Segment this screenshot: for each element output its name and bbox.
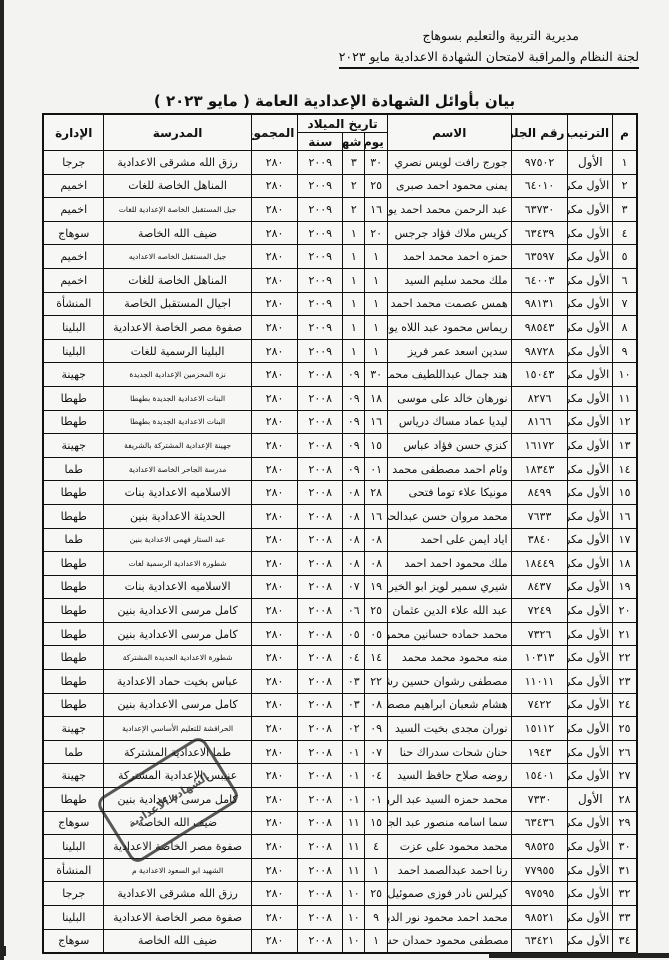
birth-day-cell: ١ <box>365 929 387 953</box>
student-name-cell: كريس ملاك فؤاد جرجس <box>387 221 511 245</box>
birth-year-cell: ٢٠٠٨ <box>298 363 343 387</box>
birth-year-cell: ٢٠٠٩ <box>298 316 343 340</box>
birth-year-cell: ٢٠٠٨ <box>298 575 343 599</box>
administration-cell: اخميم <box>43 268 104 292</box>
student-name-cell: كنزي حسن فؤاد عباس <box>387 434 511 458</box>
seat-number-cell: ١٥٠٤٣ <box>511 363 568 387</box>
birth-year-cell: ٢٠٠٨ <box>298 788 343 812</box>
school-cell: كامل مرسى الاعدادية بنين <box>104 693 251 717</box>
row-number: ١٩ <box>613 575 637 599</box>
administration-cell: طهطا <box>43 788 104 812</box>
birth-month-cell: ٠٩ <box>343 386 365 410</box>
birth-month-cell: ٣ <box>343 151 365 175</box>
total-score-cell: ٢٨٠ <box>251 339 298 363</box>
birth-month-cell: ٠٩ <box>343 434 365 458</box>
administration-cell: البلينا <box>43 316 104 340</box>
seat-number-cell: ٦٣٥٩٧ <box>511 245 568 269</box>
row-number: ٢٧ <box>613 764 637 788</box>
birth-year-cell: ٢٠٠٨ <box>298 693 343 717</box>
school-cell: صفوة مصر الخاصة الاعدادية <box>104 906 251 930</box>
birth-year-cell: ٢٠٠٩ <box>298 268 343 292</box>
birth-day-cell: ١ <box>365 292 387 316</box>
birth-month-cell: ٠٨ <box>343 504 365 528</box>
col-header-name: الاسم <box>387 114 511 151</box>
school-cell: شطورة الاعدادية الجديدة المشتركة <box>104 646 251 670</box>
col-header-admin: الإدارة <box>43 114 104 151</box>
birth-year-cell: ٢٠٠٨ <box>298 434 343 458</box>
total-score-cell: ٢٨٠ <box>251 386 298 410</box>
administration-cell: طهطا <box>43 504 104 528</box>
scan-edge-corner <box>0 946 6 956</box>
row-number: ١١ <box>613 386 637 410</box>
rank-cell: الأول مكرر <box>568 268 613 292</box>
birth-year-cell: ٢٠٠٩ <box>298 221 343 245</box>
student-name-cell: حمزه احمد محمد احمد <box>387 245 511 269</box>
student-name-cell: محمد حمزه السيد عبد الرؤوف <box>387 788 511 812</box>
table-row: ١٦الأول مكرر٧٦٣٣محمد مروان حسن عبدالحي١٦… <box>43 504 637 528</box>
row-number: ٣٢ <box>613 882 637 906</box>
rank-cell: الأول مكرر <box>568 740 613 764</box>
rank-cell: الأول مكرر <box>568 646 613 670</box>
school-cell: جهينة الإعدادية المشتركة بالشريفة <box>104 434 251 458</box>
birth-year-cell: ٢٠٠٨ <box>298 457 343 481</box>
row-number: ٣٤ <box>613 929 637 953</box>
birth-year-cell: ٢٠٠٨ <box>298 740 343 764</box>
school-cell: البنات الاعدادية الجديدة بطهطا <box>104 386 251 410</box>
row-number: ١٦ <box>613 504 637 528</box>
student-name-cell: شيري سمير لويز ابو الخير <box>387 575 511 599</box>
student-name-cell: نورهان خالد على موسى <box>387 386 511 410</box>
table-row: ٣٤الأول مكرر٦٣٤٢١مصطفى محمود حمدان حسين١… <box>43 929 637 953</box>
school-cell: مدرسة الجاحر الخاصة الاعدادية <box>104 457 251 481</box>
seat-number-cell: ٩٨٧٢٨ <box>511 339 568 363</box>
birth-year-cell: ٢٠٠٨ <box>298 646 343 670</box>
school-cell: كامل مرسى الاعدادية بنين <box>104 599 251 623</box>
birth-year-cell: ٢٠٠٨ <box>298 481 343 505</box>
birth-day-cell: ١ <box>365 268 387 292</box>
col-header-rank: الترتيب <box>568 114 613 151</box>
total-score-cell: ٢٨٠ <box>251 929 298 953</box>
rank-cell: الأول مكرر <box>568 575 613 599</box>
student-name-cell: اياد ايمن على احمد <box>387 528 511 552</box>
row-number: ١٧ <box>613 528 637 552</box>
rank-cell: الأول مكرر <box>568 504 613 528</box>
row-number: ١٤ <box>613 457 637 481</box>
row-number: ٣٣ <box>613 906 637 930</box>
school-cell: الحرافشة للتعليم الأساسي الإعدادية <box>104 717 251 741</box>
seat-number-cell: ٦٤٠١٠ <box>511 174 568 198</box>
birth-year-cell: ٢٠٠٩ <box>298 339 343 363</box>
rank-cell: الأول مكرر <box>568 339 613 363</box>
birth-day-cell: ٠٧ <box>365 740 387 764</box>
rank-cell: الأول مكرر <box>568 882 613 906</box>
birth-day-cell: ٩ <box>365 906 387 930</box>
birth-month-cell: ٠٥ <box>343 622 365 646</box>
birth-year-cell: ٢٠٠٩ <box>298 198 343 222</box>
rank-cell: الأول مكرر <box>568 245 613 269</box>
school-cell: الاسلاميه الاعدادية بنات <box>104 481 251 505</box>
rank-cell: الأول <box>568 151 613 175</box>
administration-cell: اخميم <box>43 198 104 222</box>
administration-cell: جرجا <box>43 151 104 175</box>
administration-cell: طهطا <box>43 670 104 694</box>
rank-cell: الأول مكرر <box>568 764 613 788</box>
birth-day-cell: ٢٨ <box>365 481 387 505</box>
table-row: ٢٤الأول مكرر٧٤٢٢هشام شعبان ابراهيم مصطفى… <box>43 693 637 717</box>
table-row: ٣٢الأول مكرر٩٧٥٩٥كيرلس نادر فوزى صموئيل٢… <box>43 882 637 906</box>
seat-number-cell: ٧٧٩٥٥ <box>511 858 568 882</box>
seat-number-cell: ٨٢٧٦ <box>511 386 568 410</box>
student-name-cell: مصطفى رشوان حسين رشوان <box>387 670 511 694</box>
student-name-cell: مونيكا علاء توما فتحى <box>387 481 511 505</box>
student-name-cell: يمنى محمود احمد صبرى <box>387 174 511 198</box>
birth-day-cell: ١ <box>365 858 387 882</box>
student-name-cell: عبد الله علاء الدين عثمان محمد <box>387 599 511 623</box>
total-score-cell: ٢٨٠ <box>251 268 298 292</box>
administration-cell: سوهاج <box>43 811 104 835</box>
student-name-cell: هند جمال عبداللطيف محمد <box>387 363 511 387</box>
row-number: ١ <box>613 151 637 175</box>
administration-cell: طهطا <box>43 646 104 670</box>
school-cell: ضيف الله الخاصة <box>104 221 251 245</box>
birth-day-cell: ٠٨ <box>365 552 387 576</box>
document-header: مديرية التربية والتعليم بسوهاج لجنة النظ… <box>219 28 639 69</box>
document-title: بيان بأوائل الشهادة الإعدادية العامة ( م… <box>0 92 669 110</box>
student-name-cell: روضه صلاح حافظ السيد <box>387 764 511 788</box>
rank-cell: الأول <box>568 788 613 812</box>
administration-cell: طما <box>43 528 104 552</box>
administration-cell: البلينا <box>43 835 104 859</box>
administration-cell: طهطا <box>43 386 104 410</box>
student-name-cell: همس عصمت محمد احمد <box>387 292 511 316</box>
student-name-cell: نوران مجدى بخيت السيد <box>387 717 511 741</box>
birth-day-cell: ٣٠ <box>365 151 387 175</box>
birth-day-cell: ١٥ <box>365 434 387 458</box>
birth-month-cell: ٠٩ <box>343 363 365 387</box>
row-number: ٣١ <box>613 858 637 882</box>
table-row: ١٤الأول مكرر١٨٣٤٣وئام احمد مصطفى محمد٠١٠… <box>43 457 637 481</box>
birth-month-cell: ١ <box>343 339 365 363</box>
student-name-cell: محمد محمود على عزت <box>387 835 511 859</box>
seat-number-cell: ٨٤٩٩ <box>511 481 568 505</box>
total-score-cell: ٢٨٠ <box>251 717 298 741</box>
student-name-cell: ليديا عماد مساك درياس <box>387 410 511 434</box>
administration-cell: طما <box>43 457 104 481</box>
birth-day-cell: ٠٨ <box>365 693 387 717</box>
total-score-cell: ٢٨٠ <box>251 552 298 576</box>
administration-cell: جرجا <box>43 882 104 906</box>
student-name-cell: مصطفى محمود حمدان حسين <box>387 929 511 953</box>
birth-year-cell: ٢٠٠٨ <box>298 764 343 788</box>
row-number: ٢٠ <box>613 599 637 623</box>
birth-day-cell: ١ <box>365 245 387 269</box>
seat-number-cell: ٩٨٥٢١ <box>511 906 568 930</box>
seat-number-cell: ٧٣٢٦ <box>511 622 568 646</box>
rank-cell: الأول مكرر <box>568 528 613 552</box>
birth-year-cell: ٢٠٠٨ <box>298 811 343 835</box>
col-header-dob: تاريخ الميلاد <box>298 114 387 133</box>
birth-year-cell: ٢٠٠٨ <box>298 858 343 882</box>
school-cell: الاسلاميه الاعدادية بنات <box>104 575 251 599</box>
school-cell: رزق الله مشرقى الاعدادية <box>104 882 251 906</box>
seat-number-cell: ١٥٤٠١ <box>511 764 568 788</box>
table-header-row: م الترتيب رقم الجلوس الاسم تاريخ الميلاد… <box>43 114 637 133</box>
school-cell: الشهيد ابو السعود الاعدادية م <box>104 858 251 882</box>
student-name-cell: ملك محمود احمد احمد <box>387 552 511 576</box>
student-name-cell: سما اسامه منصور عبد الجابر <box>387 811 511 835</box>
birth-day-cell: ٢٥ <box>365 174 387 198</box>
total-score-cell: ٢٨٠ <box>251 693 298 717</box>
birth-day-cell: ١ <box>365 316 387 340</box>
row-number: ٢٣ <box>613 670 637 694</box>
directorate-label: مديرية التربية والتعليم بسوهاج <box>219 28 579 43</box>
birth-month-cell: ١٠ <box>343 882 365 906</box>
administration-cell: البلينا <box>43 339 104 363</box>
seat-number-cell: ٧٤٢٢ <box>511 693 568 717</box>
birth-day-cell: ٤ <box>365 835 387 859</box>
student-name-cell: حنان شحات سدراك حنا <box>387 740 511 764</box>
birth-day-cell: ١٦ <box>365 410 387 434</box>
rank-cell: الأول مكرر <box>568 858 613 882</box>
seat-number-cell: ١٨٤٤٩ <box>511 552 568 576</box>
table-row: ٢١الأول مكرر٧٣٢٦محمد حماده حسانين محمود٠… <box>43 622 637 646</box>
total-score-cell: ٢٨٠ <box>251 882 298 906</box>
seat-number-cell: ٣٨٤٠ <box>511 528 568 552</box>
rank-cell: الأول مكرر <box>568 316 613 340</box>
seat-number-cell: ٩٧٥٠٢ <box>511 151 568 175</box>
table-row: ٢٢الأول مكرر١٠٣١٣منه محمود محمد محمد١٤٠٤… <box>43 646 637 670</box>
birth-day-cell: ٠٤ <box>365 764 387 788</box>
rank-cell: الأول مكرر <box>568 386 613 410</box>
table-row: ١٨الأول مكرر١٨٤٤٩ملك محمود احمد احمد٠٨٠٨… <box>43 552 637 576</box>
seat-number-cell: ١٦١٧٢ <box>511 434 568 458</box>
col-header-seat: رقم الجلوس <box>511 114 568 151</box>
row-number: ٧ <box>613 292 637 316</box>
rank-cell: الأول مكرر <box>568 457 613 481</box>
rank-cell: الأول مكرر <box>568 929 613 953</box>
administration-cell: سوهاج <box>43 221 104 245</box>
table-row: ٢٠الأول مكرر٧٢٤٩عبد الله علاء الدين عثما… <box>43 599 637 623</box>
school-cell: المناهل الخاصة للغات <box>104 174 251 198</box>
school-cell: رزق الله مشرقى الاعدادية <box>104 151 251 175</box>
student-name-cell: كيرلس نادر فوزى صموئيل <box>387 882 511 906</box>
birth-day-cell: ٠١ <box>365 788 387 812</box>
birth-month-cell: ١١ <box>343 835 365 859</box>
table-row: ١٥الأول مكرر٨٤٩٩مونيكا علاء توما فتحى٢٨٠… <box>43 481 637 505</box>
table-row: ٥الأول مكرر٦٣٥٩٧حمزه احمد محمد احمد١١٢٠٠… <box>43 245 637 269</box>
total-score-cell: ٢٨٠ <box>251 670 298 694</box>
administration-cell: جهينة <box>43 363 104 387</box>
birth-month-cell: ٠٣ <box>343 693 365 717</box>
birth-month-cell: ١ <box>343 316 365 340</box>
row-number: ٢٦ <box>613 740 637 764</box>
seat-number-cell: ١١٠١١ <box>511 670 568 694</box>
rank-cell: الأول مكرر <box>568 622 613 646</box>
birth-month-cell: ١١ <box>343 811 365 835</box>
birth-day-cell: ٢٠ <box>365 221 387 245</box>
administration-cell: جهينة <box>43 717 104 741</box>
total-score-cell: ٢٨٠ <box>251 811 298 835</box>
birth-year-cell: ٢٠٠٩ <box>298 174 343 198</box>
student-name-cell: ملك محمد سليم السيد <box>387 268 511 292</box>
birth-month-cell: ١٠ <box>343 906 365 930</box>
table-row: ٢٣الأول مكرر١١٠١١مصطفى رشوان حسين رشوان٢… <box>43 670 637 694</box>
administration-cell: طهطا <box>43 410 104 434</box>
birth-year-cell: ٢٠٠٨ <box>298 906 343 930</box>
col-header-month: شهر <box>343 133 365 151</box>
birth-day-cell: ٠١ <box>365 457 387 481</box>
birth-day-cell: ٠٩ <box>365 717 387 741</box>
total-score-cell: ٢٨٠ <box>251 457 298 481</box>
row-number: ٢١ <box>613 622 637 646</box>
administration-cell: جهينة <box>43 764 104 788</box>
row-number: ٢٤ <box>613 693 637 717</box>
administration-cell: طهطا <box>43 599 104 623</box>
total-score-cell: ٢٨٠ <box>251 788 298 812</box>
birth-year-cell: ٢٠٠٩ <box>298 292 343 316</box>
birth-year-cell: ٢٠٠٩ <box>298 151 343 175</box>
seat-number-cell: ١٩٤٣ <box>511 740 568 764</box>
seat-number-cell: ١٨٣٤٣ <box>511 457 568 481</box>
table-row: ٢الأول مكرر٦٤٠١٠يمنى محمود احمد صبرى٢٥٢٢… <box>43 174 637 198</box>
administration-cell: طهطا <box>43 481 104 505</box>
birth-year-cell: ٢٠٠٨ <box>298 717 343 741</box>
seat-number-cell: ٦٣٤٣٦ <box>511 811 568 835</box>
row-number: ٣ <box>613 198 637 222</box>
seat-number-cell: ٨١٦٦ <box>511 410 568 434</box>
seat-number-cell: ١٠٣١٣ <box>511 646 568 670</box>
administration-cell: طما <box>43 740 104 764</box>
birth-year-cell: ٢٠٠٨ <box>298 929 343 953</box>
school-cell: جيل المستقبل الخاصة الإعدادية للغات <box>104 198 251 222</box>
committee-label: لجنة النظام والمراقبة لامتحان الشهادة ال… <box>339 49 639 69</box>
total-score-cell: ٢٨٠ <box>251 174 298 198</box>
total-score-cell: ٢٨٠ <box>251 481 298 505</box>
rank-cell: الأول مكرر <box>568 221 613 245</box>
table-row: ٣الأول مكرر٦٣٧٣٠عبد الرحمن محمد احمد يوس… <box>43 198 637 222</box>
table-row: ٣٣الأول مكرر٩٨٥٢١محمد احمد محمود نور الد… <box>43 906 637 930</box>
table-row: ٨الأول مكرر٩٨٥٤٣ريماس محمود عبد اللاه يو… <box>43 316 637 340</box>
student-name-cell: محمد مروان حسن عبدالحي <box>387 504 511 528</box>
total-score-cell: ٢٨٠ <box>251 434 298 458</box>
total-score-cell: ٢٨٠ <box>251 198 298 222</box>
total-score-cell: ٢٨٠ <box>251 151 298 175</box>
row-number: ٤ <box>613 221 637 245</box>
birth-month-cell: ١ <box>343 245 365 269</box>
school-cell: اجيال المستقبل الخاصة <box>104 292 251 316</box>
birth-day-cell: ١٤ <box>365 646 387 670</box>
birth-year-cell: ٢٠٠٨ <box>298 882 343 906</box>
birth-year-cell: ٢٠٠٨ <box>298 528 343 552</box>
seat-number-cell: ٧٢٤٩ <box>511 599 568 623</box>
table-row: ٢٦الأول مكرر١٩٤٣حنان شحات سدراك حنا٠٧٠١٢… <box>43 740 637 764</box>
birth-day-cell: ١ <box>365 339 387 363</box>
birth-month-cell: ١١ <box>343 858 365 882</box>
student-name-cell: سدين اسعد عمر فريز <box>387 339 511 363</box>
birth-month-cell: ٠٤ <box>343 646 365 670</box>
table-row: ٢٥الأول مكرر١٥١١٢نوران مجدى بخيت السيد٠٩… <box>43 717 637 741</box>
total-score-cell: ٢٨٠ <box>251 740 298 764</box>
total-score-cell: ٢٨٠ <box>251 622 298 646</box>
birth-year-cell: ٢٠٠٨ <box>298 622 343 646</box>
row-number: ١٢ <box>613 410 637 434</box>
col-header-num: م <box>613 114 637 151</box>
birth-year-cell: ٢٠٠٨ <box>298 552 343 576</box>
col-header-school: المدرسة <box>104 114 251 151</box>
student-name-cell: جورج رافت لويس نصري <box>387 151 511 175</box>
table-row: ١الأول٩٧٥٠٢جورج رافت لويس نصري٣٠٣٢٠٠٩٢٨٠… <box>43 151 637 175</box>
total-score-cell: ٢٨٠ <box>251 646 298 670</box>
rank-cell: الأول مكرر <box>568 363 613 387</box>
birth-day-cell: ١٦ <box>365 198 387 222</box>
rank-cell: الأول مكرر <box>568 906 613 930</box>
row-number: ٢٢ <box>613 646 637 670</box>
seat-number-cell: ٨٤٣٧ <box>511 575 568 599</box>
school-cell: شطورة الاعدادية الرسمية لغات <box>104 552 251 576</box>
row-number: ٨ <box>613 316 637 340</box>
school-cell: البلينا الرسمية للغات <box>104 339 251 363</box>
row-number: ١٥ <box>613 481 637 505</box>
birth-month-cell: ١ <box>343 292 365 316</box>
total-score-cell: ٢٨٠ <box>251 906 298 930</box>
table-row: ٦الأول مكرر٦٤٠٠٣ملك محمد سليم السيد١١٢٠٠… <box>43 268 637 292</box>
table-row: ١٠الأول مكرر١٥٠٤٣هند جمال عبداللطيف محمد… <box>43 363 637 387</box>
school-cell: المناهل الخاصة للغات <box>104 268 251 292</box>
row-number: ٢٩ <box>613 811 637 835</box>
seat-number-cell: ٦٣٤٢١ <box>511 929 568 953</box>
row-number: ٩ <box>613 339 637 363</box>
seat-number-cell: ١٥١١٢ <box>511 717 568 741</box>
birth-year-cell: ٢٠٠٨ <box>298 670 343 694</box>
student-name-cell: منه محمود محمد محمد <box>387 646 511 670</box>
row-number: ٢٨ <box>613 788 637 812</box>
scan-edge <box>0 0 4 960</box>
birth-month-cell: ٠٩ <box>343 457 365 481</box>
birth-day-cell: ١٥ <box>365 811 387 835</box>
total-score-cell: ٢٨٠ <box>251 410 298 434</box>
birth-month-cell: ٢ <box>343 174 365 198</box>
row-number: ١٣ <box>613 434 637 458</box>
birth-year-cell: ٢٠٠٨ <box>298 410 343 434</box>
total-score-cell: ٢٨٠ <box>251 858 298 882</box>
birth-year-cell: ٢٠٠٨ <box>298 504 343 528</box>
row-number: ١٨ <box>613 552 637 576</box>
seat-number-cell: ٦٣٤٣٩ <box>511 221 568 245</box>
administration-cell: جهينة <box>43 434 104 458</box>
total-score-cell: ٢٨٠ <box>251 599 298 623</box>
rank-cell: الأول مكرر <box>568 198 613 222</box>
student-name-cell: ريماس محمود عبد اللاه يوسف <box>387 316 511 340</box>
seat-number-cell: ٩٨٥٢٥ <box>511 835 568 859</box>
school-cell: الحديثة الاعدادية بنين <box>104 504 251 528</box>
birth-month-cell: ٠١ <box>343 740 365 764</box>
administration-cell: طهطا <box>43 552 104 576</box>
total-score-cell: ٢٨٠ <box>251 292 298 316</box>
total-score-cell: ٢٨٠ <box>251 316 298 340</box>
seat-number-cell: ٧٦٣٣ <box>511 504 568 528</box>
total-score-cell: ٢٨٠ <box>251 245 298 269</box>
col-header-total: المجموع <box>251 114 298 151</box>
birth-day-cell: ١٨ <box>365 386 387 410</box>
birth-day-cell: ٢٥ <box>365 882 387 906</box>
total-score-cell: ٢٨٠ <box>251 504 298 528</box>
student-name-cell: هشام شعبان ابراهيم مصطفى <box>387 693 511 717</box>
seat-number-cell: ٩٨٥٤٣ <box>511 316 568 340</box>
school-cell: البنات الاعدادية الجديدة بطهطا <box>104 410 251 434</box>
school-cell: صفوة مصر الخاصة الاعدادية <box>104 316 251 340</box>
birth-month-cell: ٠٨ <box>343 481 365 505</box>
birth-month-cell: ١٠ <box>343 929 365 953</box>
